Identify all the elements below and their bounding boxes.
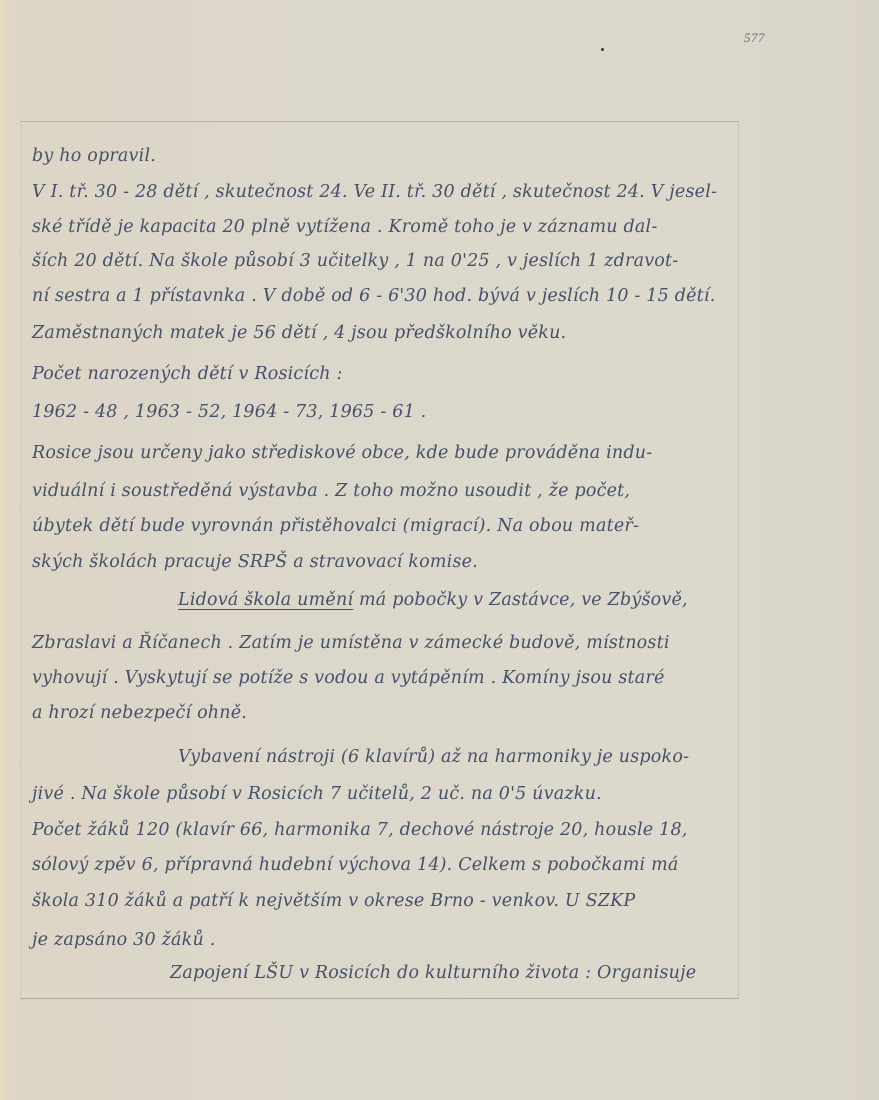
text-line: 1962 - 48 , 1963 - 52, 1964 - 73, 1965 -…	[32, 402, 426, 422]
text-line: ské třídě je kapacita 20 plně vytížena .…	[32, 217, 657, 237]
text-line: vyhovují . Vyskytují se potíže s vodou a…	[32, 668, 665, 688]
text-line: Zbraslavi a Říčanech . Zatím je umístěna…	[32, 633, 670, 653]
text-line: ských školách pracuje SRPŠ a stravovací …	[32, 552, 478, 572]
text-fragment: má pobočky v Zastávce, ve Zbýšově,	[359, 590, 688, 610]
text-line: ní sestra a 1 přístavnka . V době od 6 -…	[32, 286, 715, 306]
text-line: Rosice jsou určeny jako střediskové obce…	[32, 443, 652, 463]
text-line: jivé . Na škole působí v Rosicích 7 učit…	[32, 784, 602, 804]
page-number: 577	[744, 30, 765, 46]
text-line: V I. tř. 30 - 28 dětí , skutečnost 24. V…	[32, 182, 717, 202]
text-line: a hrozí nebezpečí ohně.	[32, 703, 247, 723]
text-line: Počet narozených dětí v Rosicích :	[32, 364, 343, 384]
text-line: ších 20 dětí. Na škole působí 3 učitelky…	[32, 251, 678, 271]
ink-speck	[601, 48, 604, 51]
text-line: Vybavení nástroji (6 klavírů) až na harm…	[178, 747, 689, 767]
text-line: by ho opravil.	[32, 146, 156, 166]
text-line: viduální i soustředěná výstavba . Z toho…	[32, 481, 630, 501]
text-line: Počet žáků 120 (klavír 66, harmonika 7, …	[32, 820, 688, 840]
text-line: sólový zpěv 6, přípravná hudební výchova…	[32, 855, 679, 875]
section-heading-line: Lidová škola umění má pobočky v Zastávce…	[178, 590, 688, 610]
text-line: je zapsáno 30 žáků .	[32, 930, 215, 950]
text-line: Zaměstnaných matek je 56 dětí , 4 jsou p…	[32, 323, 566, 343]
text-line: úbytek dětí bude vyrovnán přistěhovalci …	[32, 516, 639, 536]
text-line: škola 310 žáků a patří k největším v okr…	[32, 891, 635, 911]
section-heading: Lidová škola umění	[178, 590, 353, 610]
text-line: Zapojení LŠU v Rosicích do kulturního ži…	[170, 963, 696, 983]
